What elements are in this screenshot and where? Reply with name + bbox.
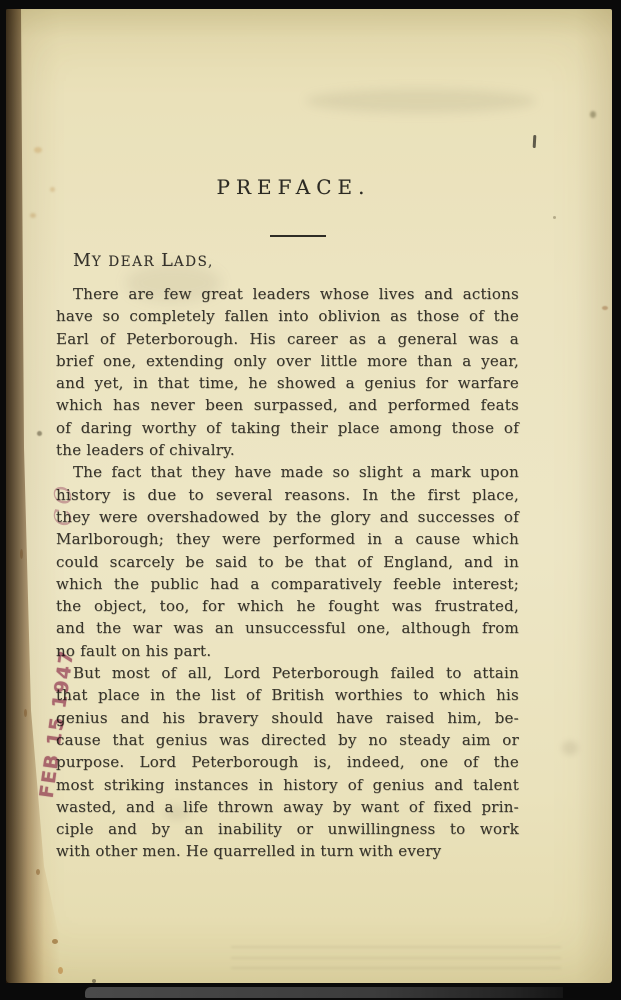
text-line: genius and his bravery should have raise… xyxy=(56,707,519,729)
paper-streak xyxy=(231,946,561,948)
text-line: have so completely fallen into oblivion … xyxy=(56,305,519,327)
text-line: wasted, and a life thrown away by want o… xyxy=(56,796,519,818)
text-line: ciple and by an inability or unwillingne… xyxy=(56,818,519,840)
text-line: But most of all, Lord Peterborough faile… xyxy=(56,662,519,684)
text-line: history is due to several reasons. In th… xyxy=(56,484,519,506)
foxing-speck xyxy=(602,306,608,310)
text-line: the object, too, for which he fought was… xyxy=(56,595,519,617)
text-line: of daring worthy of taking their place a… xyxy=(56,417,519,439)
page-title: PREFACE. xyxy=(56,175,519,199)
text-line: and yet, in that time, he showed a geniu… xyxy=(56,372,519,394)
ink-speck xyxy=(590,111,596,118)
text-line: no fault on his part. xyxy=(56,640,519,662)
text-line: they were overshadowed by the glory and … xyxy=(56,506,519,528)
foxing-speck xyxy=(50,187,55,192)
edge-speck xyxy=(52,939,58,944)
ink-speck xyxy=(553,216,556,219)
title-divider xyxy=(270,235,326,237)
paper-streak xyxy=(231,967,561,969)
text-line: cause that genius was directed by no ste… xyxy=(56,729,519,751)
edge-speck xyxy=(36,869,40,875)
scanned-book-page: PREFACE. MY DEAR LADS, There are few gre… xyxy=(0,0,621,1000)
salutation-cap: L xyxy=(161,251,174,271)
text-line: and the war was an unsuccessful one, alt… xyxy=(56,617,519,639)
text-line: most striking instances in history of ge… xyxy=(56,774,519,796)
scanner-tray xyxy=(85,987,563,998)
paper-streak xyxy=(231,957,561,959)
stain-smudge-top xyxy=(306,89,536,113)
edge-speck xyxy=(24,709,27,717)
ink-speck xyxy=(37,431,42,436)
text-line: purpose. Lord Peterborough is, indeed, o… xyxy=(56,751,519,773)
text-line: There are few great leaders whose lives … xyxy=(56,283,519,305)
stain-fingerprint xyxy=(562,741,578,755)
text-line: with other men. He quarrelled in turn wi… xyxy=(56,840,519,862)
edge-speck xyxy=(58,967,63,974)
text-line: could scarcely be said to be that of Eng… xyxy=(56,551,519,573)
salutation-small: ADS, xyxy=(174,254,214,270)
foxing-speck xyxy=(30,213,36,218)
ink-speck xyxy=(92,979,96,983)
text-line: Marlborough; they were performed in a ca… xyxy=(56,528,519,550)
salutation-cap: M xyxy=(73,251,92,271)
faded-stamp: CO xyxy=(50,474,78,534)
foxing-speck xyxy=(34,147,42,153)
text-line: The fact that they have made so slight a… xyxy=(56,461,519,483)
body-text: There are few great leaders whose lives … xyxy=(56,283,519,863)
text-line: Earl of Peterborough. His career as a ge… xyxy=(56,328,519,350)
text-line: which the public had a comparatively fee… xyxy=(56,573,519,595)
salutation: MY DEAR LADS, xyxy=(73,251,214,271)
text-line: which has never been surpassed, and perf… xyxy=(56,394,519,416)
edge-speck xyxy=(20,549,23,559)
text-line: brief one, extending only over little mo… xyxy=(56,350,519,372)
salutation-small: Y DEAR xyxy=(92,254,161,270)
text-line: the leaders of chivalry. xyxy=(56,439,519,461)
text-line: that place in the list of British worthi… xyxy=(56,684,519,706)
